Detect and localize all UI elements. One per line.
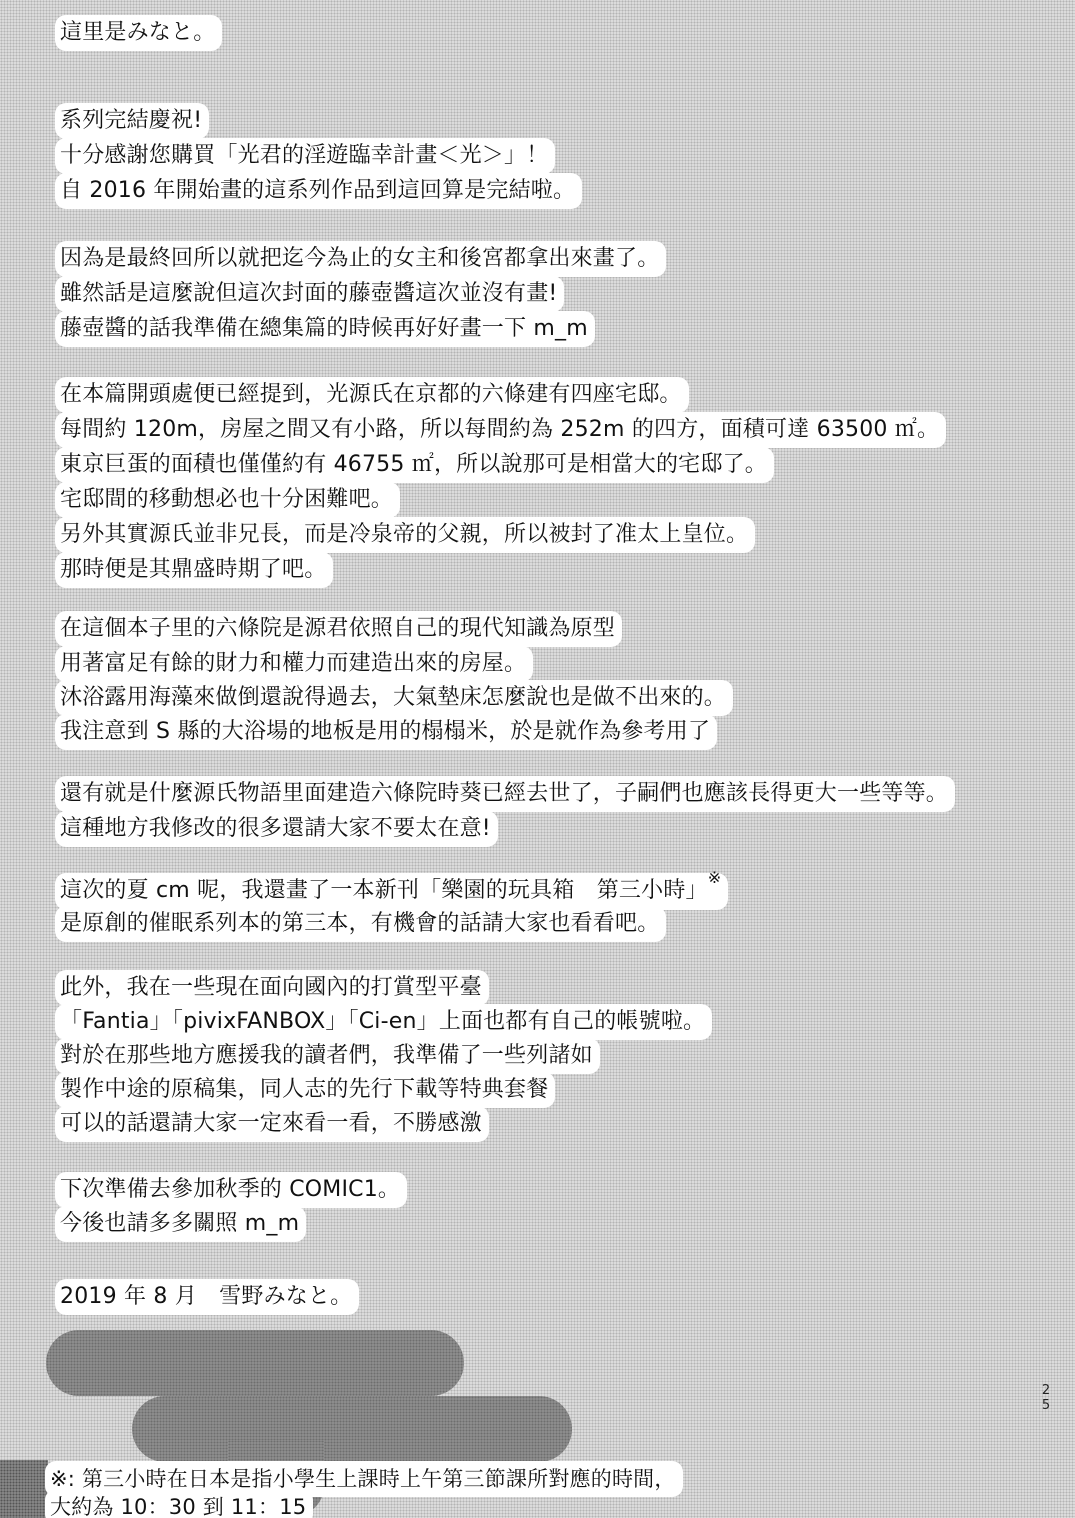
text-line: 是原創的催眠系列本的第三本，有機會的話請大家也看看吧。 bbox=[58, 909, 663, 939]
text-line: 沐浴露用海藻來做倒還說得過去，大氣墊床怎麼說也是做不出來的。 bbox=[58, 683, 730, 713]
decorative-cloud-bottom bbox=[132, 1396, 572, 1462]
text-line: 用著富足有餘的財力和權力而建造出來的房屋。 bbox=[58, 649, 530, 679]
text-line: 這次的夏 cm 呢，我還畫了一本新刊「樂園的玩具箱 第三小時」 bbox=[60, 878, 708, 903]
text-line: 因為是最終回所以就把迄今為止的女主和後宮都拿出來畫了。 bbox=[58, 244, 663, 274]
signature: 2019 年 8 月 雪野みなと。 bbox=[58, 1282, 356, 1312]
page-number-digit: 5 bbox=[1041, 1398, 1051, 1413]
text-line: 對於在那些地方應援我的讀者們，我準備了一些列諸如 bbox=[58, 1041, 597, 1071]
text-line: 此外，我在一些現在面向國內的打賞型平臺 bbox=[58, 973, 486, 1003]
footnote-line: ※: 第三小時在日本是指小學生上課時上午第三節課所對應的時間， bbox=[48, 1464, 680, 1494]
footnote-marker: ※ bbox=[708, 868, 722, 887]
text-line: 「Fantia」「pivixFANBOX」「Ci-en」上面也都有自己的帳號啦。 bbox=[58, 1007, 709, 1037]
text-line: 這里是みなと。 bbox=[58, 18, 219, 48]
text-line: 還有就是什麼源氏物語里面建造六條院時葵已經去世了，子嗣們也應該長得更大一些等等。 bbox=[58, 779, 952, 809]
text-line: 在這個本子里的六條院是源君依照自己的現代知識為原型 bbox=[58, 614, 619, 644]
text-line: 我注意到 S 縣的大浴場的地板是用的榻榻米，於是就作為參考用了 bbox=[58, 717, 714, 747]
text-line-with-footnote: 這次的夏 cm 呢，我還畫了一本新刊「樂園的玩具箱 第三小時」※ bbox=[58, 876, 725, 907]
text-line: 自 2016 年開始畫的這系列作品到這回算是完結啦。 bbox=[58, 176, 579, 206]
text-line: 宅邸間的移動想必也十分困難吧。 bbox=[58, 485, 397, 515]
text-line: 製作中途的原稿集，同人志的先行下載等特典套餐 bbox=[58, 1075, 552, 1105]
text-line: 這種地方我修改的很多還請大家不要太在意! bbox=[58, 814, 495, 844]
text-line: 那時便是其鼎盛時期了吧。 bbox=[58, 555, 330, 585]
text-line: 藤壺醬的話我準備在總集篇的時候再好好畫一下 m_m bbox=[58, 314, 592, 344]
text-line: 每間約 120m，房屋之間又有小路，所以每間約為 252m 的四方，面積可達 6… bbox=[58, 415, 943, 445]
text-line: 可以的話還請大家一定來看一看，不勝感激 bbox=[58, 1109, 486, 1139]
page-number: 2 5 bbox=[1041, 1383, 1051, 1413]
page-number-digit: 2 bbox=[1041, 1383, 1051, 1398]
afterword-page: 這里是みなと。 系列完結慶祝! 十分感謝您購買「光君的淫遊臨幸計畫＜光＞」！ 自… bbox=[0, 0, 1075, 1518]
text-line: 十分感謝您購買「光君的淫遊臨幸計畫＜光＞」！ bbox=[58, 141, 552, 171]
text-line: 東京巨蛋的面積也僅僅約有 46755 ㎡，所以說那可是相當大的宅邸了。 bbox=[58, 450, 771, 480]
text-line: 在本篇開頭處便已經提到，光源氏在京都的六條建有四座宅邸。 bbox=[58, 380, 686, 410]
decorative-halftone-patch bbox=[0, 1460, 48, 1518]
footnote-line: 大約為 10：30 到 11：15 bbox=[48, 1492, 310, 1518]
text-line: 下次準備去參加秋季的 COMIC1。 bbox=[58, 1175, 404, 1205]
text-line: 系列完結慶祝! bbox=[58, 106, 206, 136]
text-line: 今後也請多多關照 m_m bbox=[58, 1209, 303, 1239]
text-line: 另外其實源氏並非兄長，而是冷泉帝的父親，所以被封了准太上皇位。 bbox=[58, 520, 752, 550]
text-line: 雖然話是這麼說但這次封面的藤壺醬這次並沒有畫! bbox=[58, 279, 561, 309]
